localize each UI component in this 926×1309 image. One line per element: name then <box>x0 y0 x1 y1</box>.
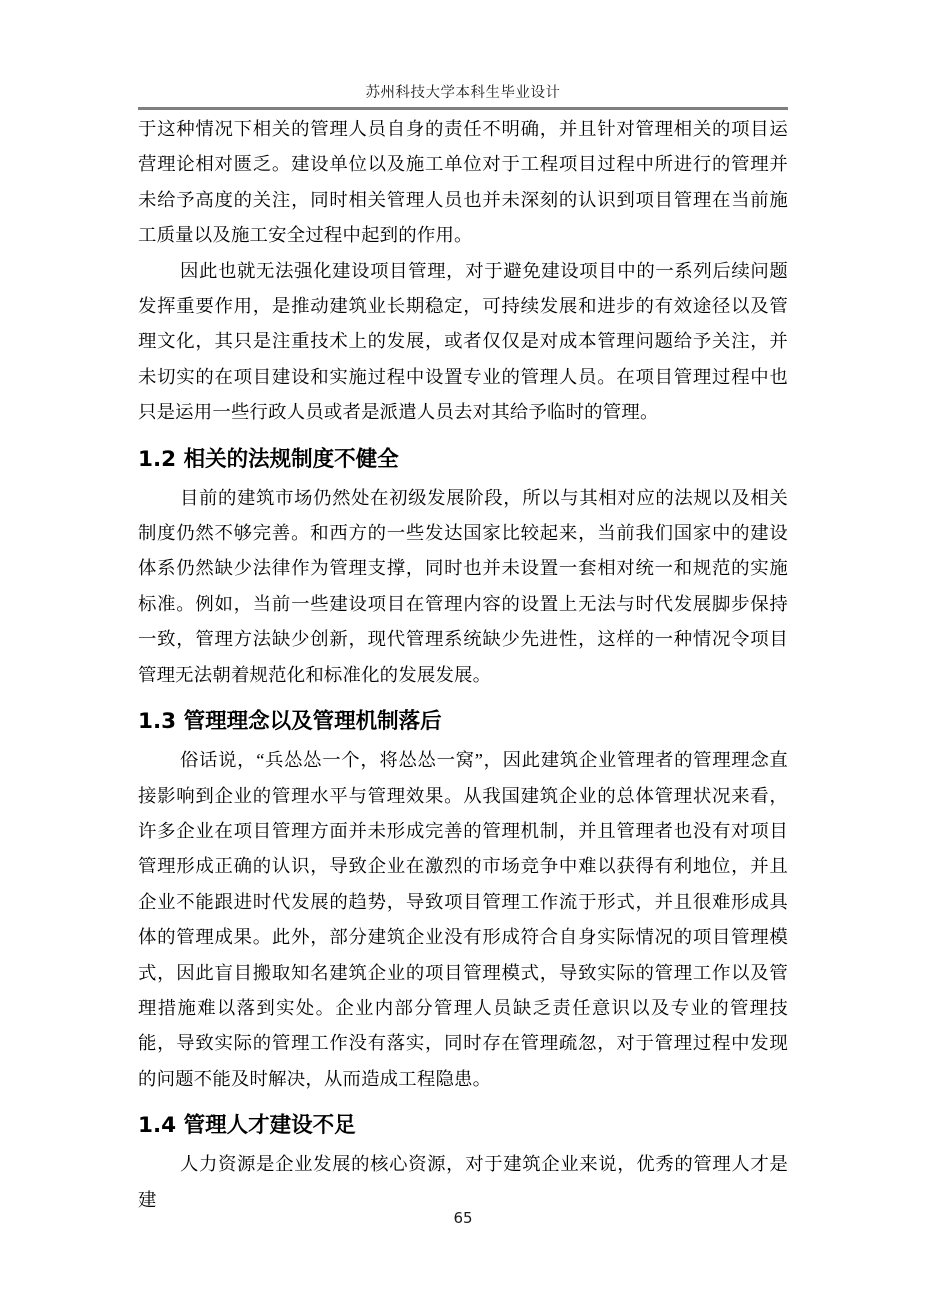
paragraph-continuation: 于这种情况下相关的管理人员自身的责任不明确，并且针对管理相关的项目运营理论相对匮… <box>138 112 788 254</box>
section-heading-1-3: 1.3 管理理念以及管理机制落后 <box>138 704 788 740</box>
document-page: 苏州科技大学本科生毕业设计 于这种情况下相关的管理人员自身的责任不明确，并且针对… <box>0 0 926 1309</box>
paragraph: 人力资源是企业发展的核心资源，对于建筑企业来说，优秀的管理人才是建 <box>138 1147 788 1218</box>
document-body: 于这种情况下相关的管理人员自身的责任不明确，并且针对管理相关的项目运营理论相对匮… <box>138 112 788 1218</box>
page-footer: 65 <box>0 1209 926 1228</box>
paragraph: 因此也就无法强化建设项目管理，对于避免建设项目中的一系列后续问题发挥重要作用，是… <box>138 254 788 431</box>
page-number: 65 <box>453 1209 472 1227</box>
page-header: 苏州科技大学本科生毕业设计 <box>138 0 788 110</box>
running-header-title: 苏州科技大学本科生毕业设计 <box>138 85 788 102</box>
section-heading-1-2: 1.2 相关的法规制度不健全 <box>138 442 788 478</box>
paragraph: 目前的建筑市场仍然处在初级发展阶段，所以与其相对应的法规以及相关制度仍然不够完善… <box>138 481 788 693</box>
paragraph: 俗话说，“兵怂怂一个，将怂怂一窝”，因此建筑企业管理者的管理理念直接影响到企业的… <box>138 743 788 1097</box>
section-heading-1-4: 1.4 管理人才建设不足 <box>138 1108 788 1144</box>
